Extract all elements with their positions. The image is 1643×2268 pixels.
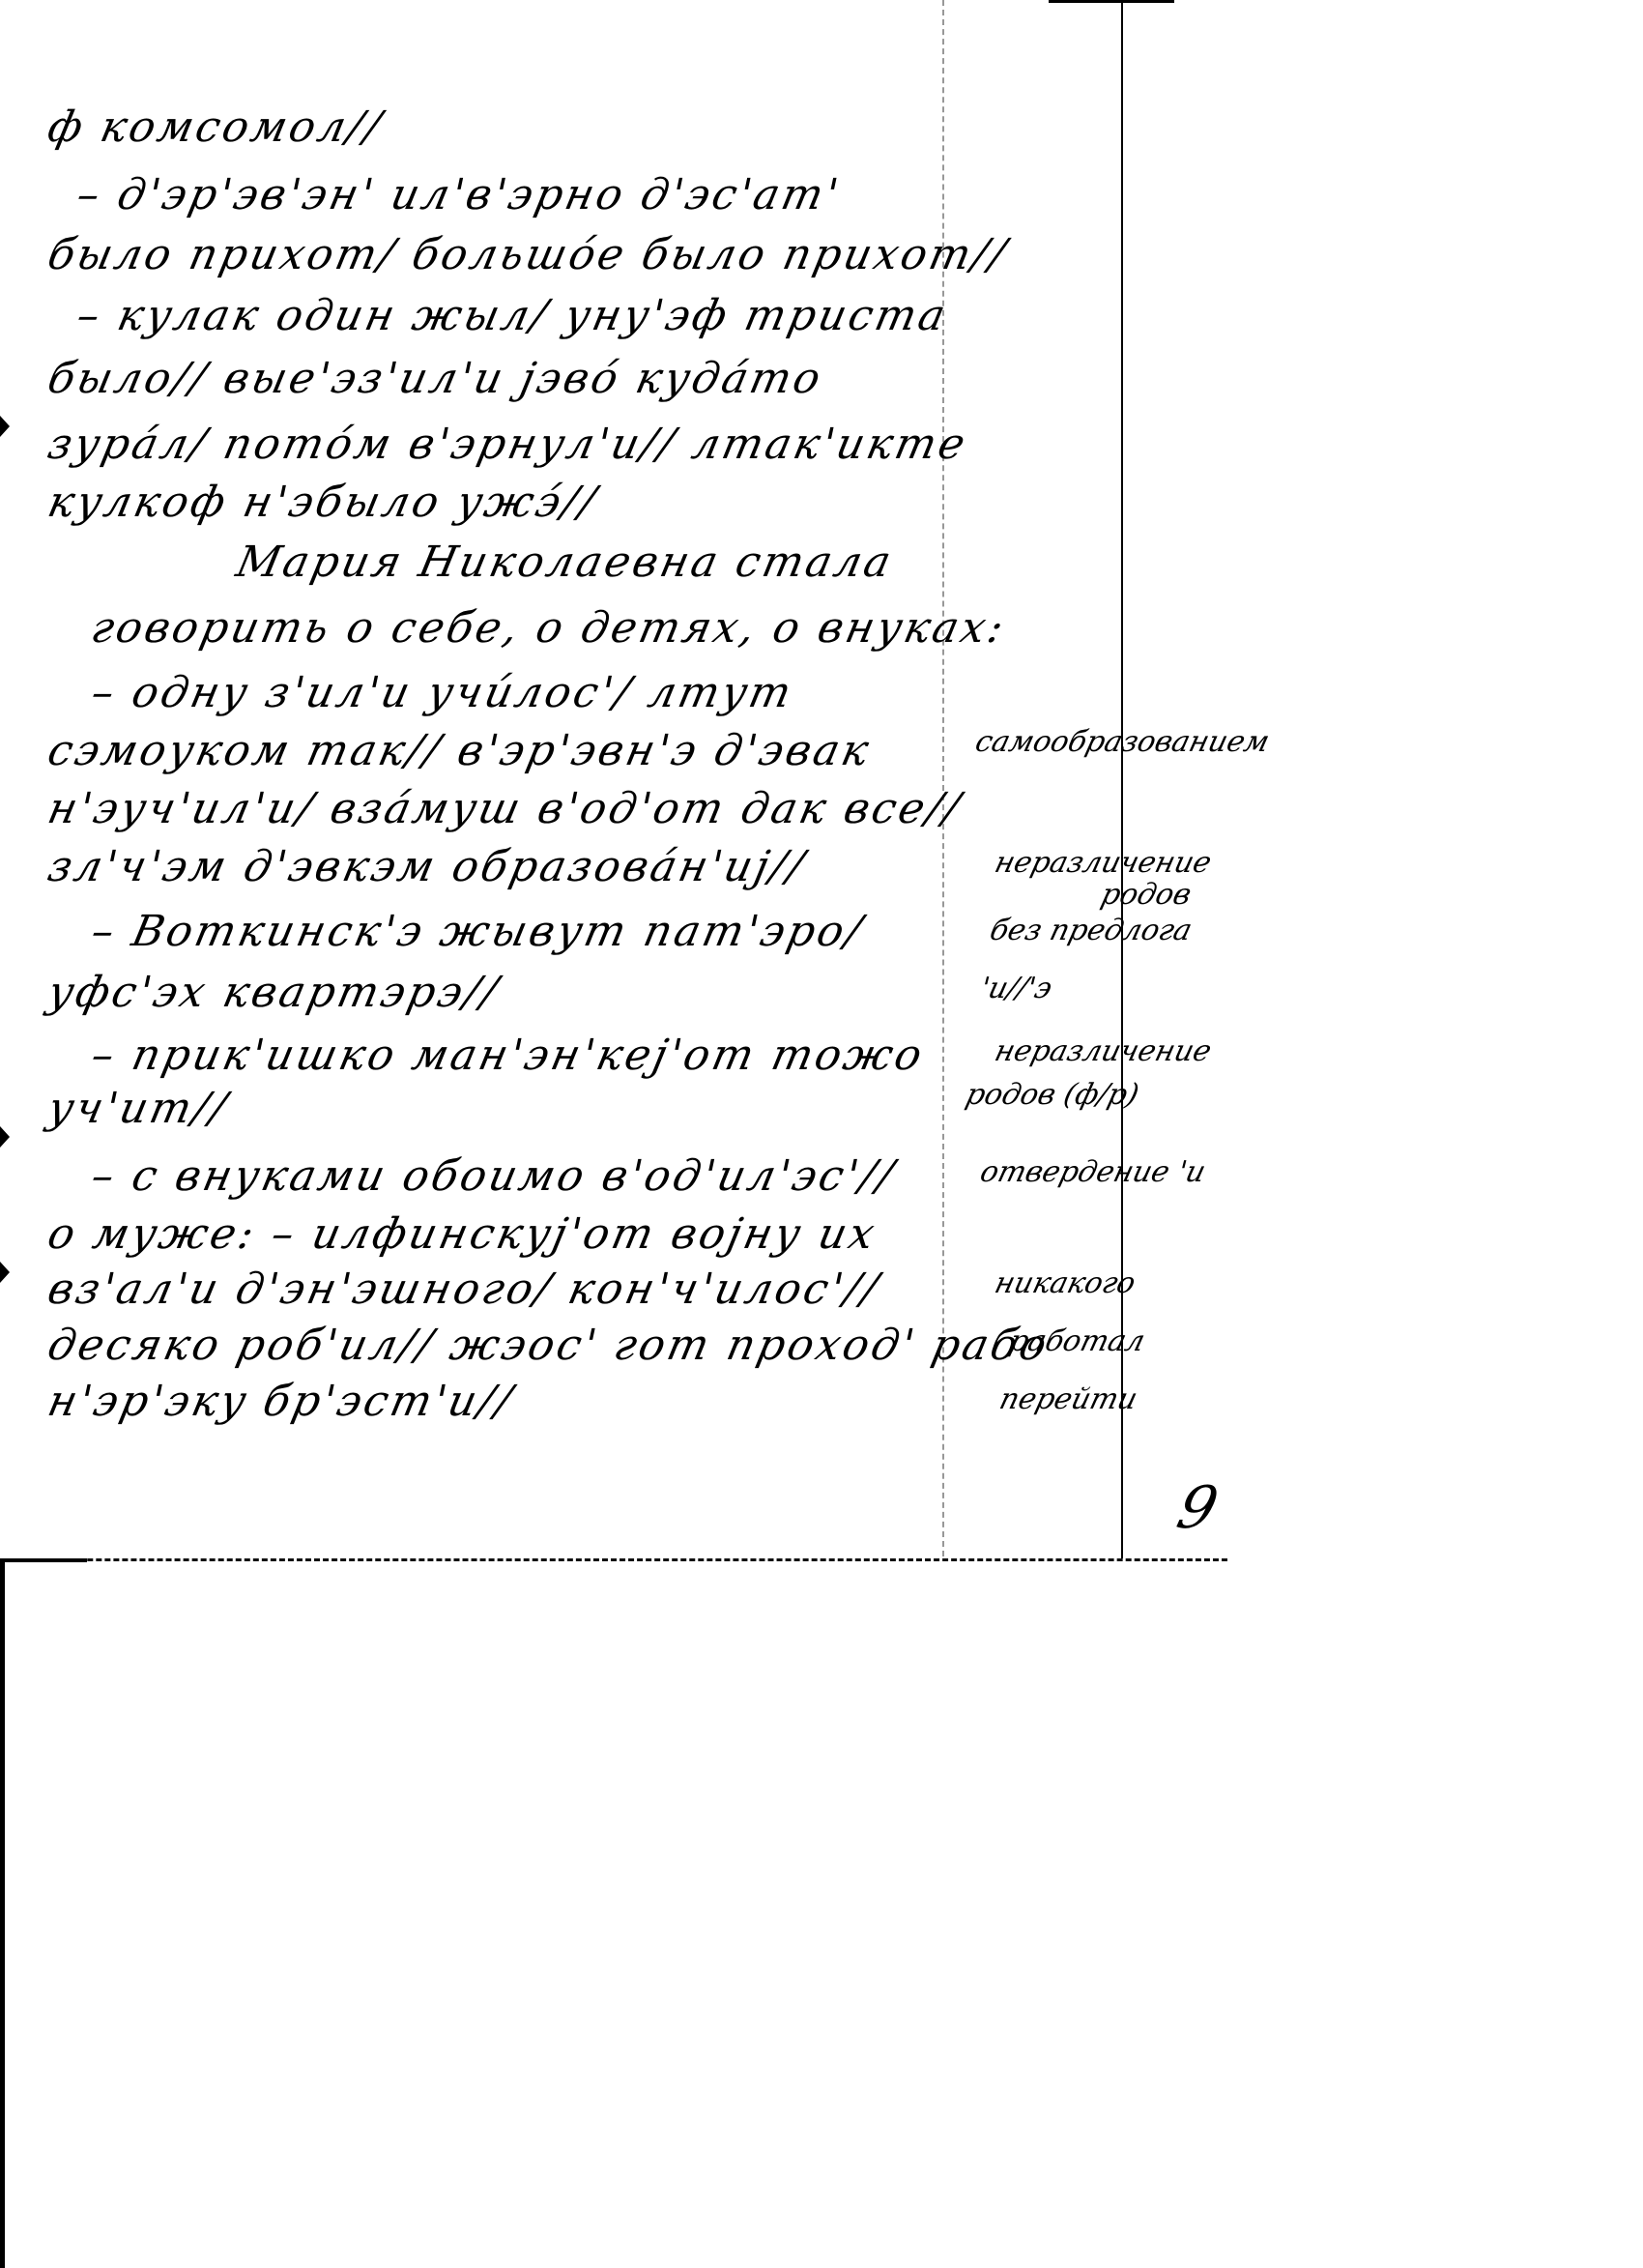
margin-annotation: 'и//'э xyxy=(977,972,1056,1005)
transcription-line: – прик'ишко ман'эн'кеј'от тожо xyxy=(87,1031,929,1080)
bottom-edge-rule-solid xyxy=(0,1558,87,1562)
scanned-page: ф комсомол//– д'эр'эв'эн' ил'в'эрно д'эс… xyxy=(0,0,1643,2268)
transcription-line: – д'эр'эв'эн' ил'в'эрно д'эс'ат' xyxy=(72,170,846,219)
left-edge-mark xyxy=(0,416,10,437)
left-edge-mark xyxy=(0,1262,10,1283)
transcription-line: н'эуч'ил'и/ вза́муш в'од'от дак все// xyxy=(43,784,966,833)
transcription-line: было// вые'эз'ил'и јэво́ куда́то xyxy=(43,354,827,403)
transcription-line: сэмоуком так// в'эр'эвн'э д'эвак xyxy=(43,726,876,775)
margin-annotation: неразличение xyxy=(992,1034,1215,1068)
margin-annotation: перейти xyxy=(996,1382,1141,1416)
page-number: 9 xyxy=(1170,1474,1225,1542)
transcription-line: десяко роб'ил// жэос' гот проход' рабо xyxy=(43,1321,1053,1370)
margin-annotation: никакого xyxy=(992,1266,1139,1300)
transcription-line: о муже: – илфинскуј'от војну их xyxy=(43,1209,881,1259)
margin-annotation: без предлога xyxy=(987,914,1196,947)
bottom-edge-rule xyxy=(0,1558,1227,1561)
transcription-line: – Воткинск'э жывут пат'эро/ xyxy=(87,907,869,956)
margin-annotation: работал xyxy=(1006,1324,1149,1358)
transcription-line: кулкоф н'эбыло ужэ́// xyxy=(43,478,603,527)
margin-annotation: родов xyxy=(1098,878,1196,912)
transcription-line: зура́л/ пото́м в'эрнул'и// лтак'икте xyxy=(43,420,972,469)
margin-annotation: отвердение 'и xyxy=(977,1155,1209,1189)
transcription-line: Мария Николаевна стала xyxy=(232,538,898,587)
margin-annotation: самообразованием xyxy=(972,725,1273,759)
transcription-line: н'эр'экy бр'эст'и// xyxy=(43,1377,519,1426)
transcription-line: – с внуками обоимо в'од'ил'эс'// xyxy=(87,1151,901,1201)
transcription-line: ф комсомол// xyxy=(43,102,388,152)
transcription-line: вз'ал'и д'эн'эшного/ кон'ч'илос'// xyxy=(43,1265,885,1314)
transcription-line: – одну з'ил'и учи́лос'/ лтут xyxy=(87,668,798,717)
transcription-line: уч'ит// xyxy=(43,1084,234,1133)
transcription-line: было прихот/ большо́е было прихот// xyxy=(43,230,1013,279)
transcription-line: зл'ч'эм д'эвкэм образова́н'иј// xyxy=(43,842,811,891)
transcription-line: уфс'эх квартэрэ// xyxy=(43,968,504,1017)
margin-annotation: неразличение xyxy=(992,846,1215,880)
left-edge-rule xyxy=(0,1560,5,2268)
left-edge-mark xyxy=(0,1126,10,1148)
top-edge-rule xyxy=(1049,0,1174,3)
margin-annotation: родов (ф/р) xyxy=(963,1078,1142,1112)
transcription-line: – кулак один жыл/ уну'эф триста xyxy=(72,291,953,340)
transcription-line: говорить о себе, о детях, о внуках: xyxy=(87,603,1011,653)
